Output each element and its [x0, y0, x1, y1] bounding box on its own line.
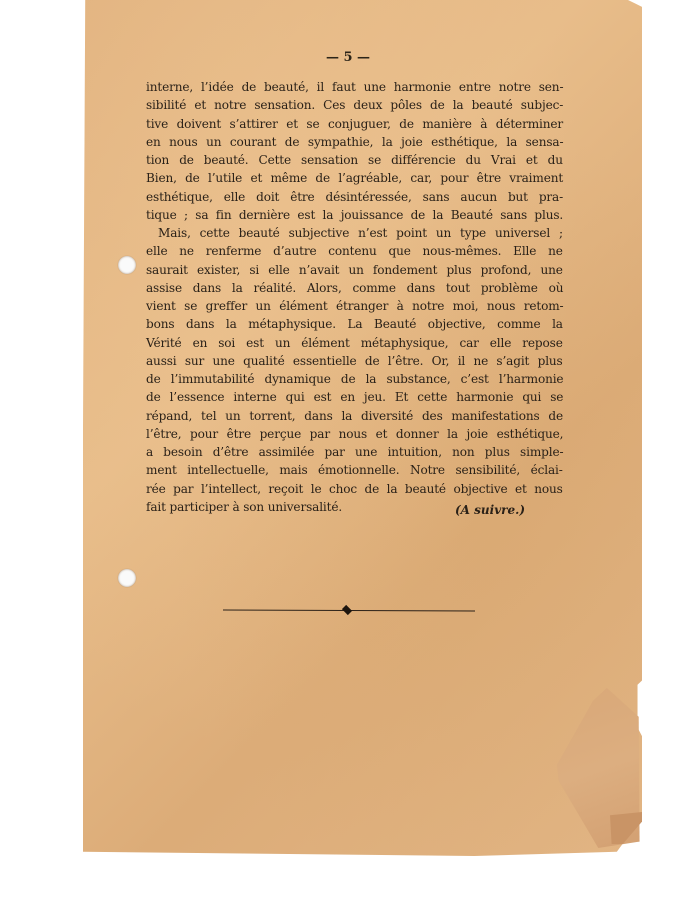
page-number: — 5 — [0, 50, 696, 65]
text-line: Bien, de l’utile et même de l’agréable, … [146, 169, 563, 187]
text-line: ment intellectuelle, mais émotionnelle. … [146, 461, 563, 479]
paragraph-1: interne, l’idée de beauté, il faut une h… [146, 78, 563, 224]
punch-hole-bottom [118, 569, 136, 587]
text-line: elle ne renferme d’autre contenu que nou… [146, 242, 563, 260]
text-line: sibilité et notre sensation. Ces deux pô… [146, 96, 563, 114]
text-line: tion de beauté. Cette sensation se diffé… [146, 151, 563, 169]
text-line: bons dans la métaphysique. La Beauté obj… [146, 315, 563, 333]
text-line: aussi sur une qualité essentielle de l’ê… [146, 352, 563, 370]
text-line: en nous un courant de sympathie, la joie… [146, 133, 563, 151]
text-line: l’être, pour être perçue par nous et don… [146, 425, 563, 443]
text-line: saurait exister, si elle n’avait un fond… [146, 261, 563, 279]
text-line: tique ; sa fin dernière est la jouissanc… [146, 206, 563, 224]
text-line: de l’immutabilité dynamique de la substa… [146, 370, 563, 388]
text-line: Vérité en soi est un élément métaphysiqu… [146, 334, 563, 352]
punch-hole-top [118, 256, 136, 274]
body-text: interne, l’idée de beauté, il faut une h… [146, 78, 563, 516]
paragraph-2: Mais, cette beauté subjective n’est poin… [146, 224, 563, 516]
text-line: rée par l’intellect, reçoit le choc de l… [146, 480, 563, 498]
text-line: Mais, cette beauté subjective n’est poin… [146, 224, 563, 242]
text-line: interne, l’idée de beauté, il faut une h… [146, 78, 563, 96]
text-line: répand, tel un torrent, dans la diversit… [146, 407, 563, 425]
ornamental-divider [223, 610, 475, 612]
text-line: de l’essence interne qui est en jeu. Et … [146, 388, 563, 406]
text-line: vient se greffer un élément étranger à n… [146, 297, 563, 315]
text-line: assise dans la réalité. Alors, comme dan… [146, 279, 563, 297]
text-line: tive doivent s’attirer et se conjuguer, … [146, 115, 563, 133]
text-line: a besoin d’être assimilée par une intuit… [146, 443, 563, 461]
text-line: esthétique, elle doit être désintéressée… [146, 188, 563, 206]
to-be-continued: (A suivre.) [455, 503, 525, 517]
